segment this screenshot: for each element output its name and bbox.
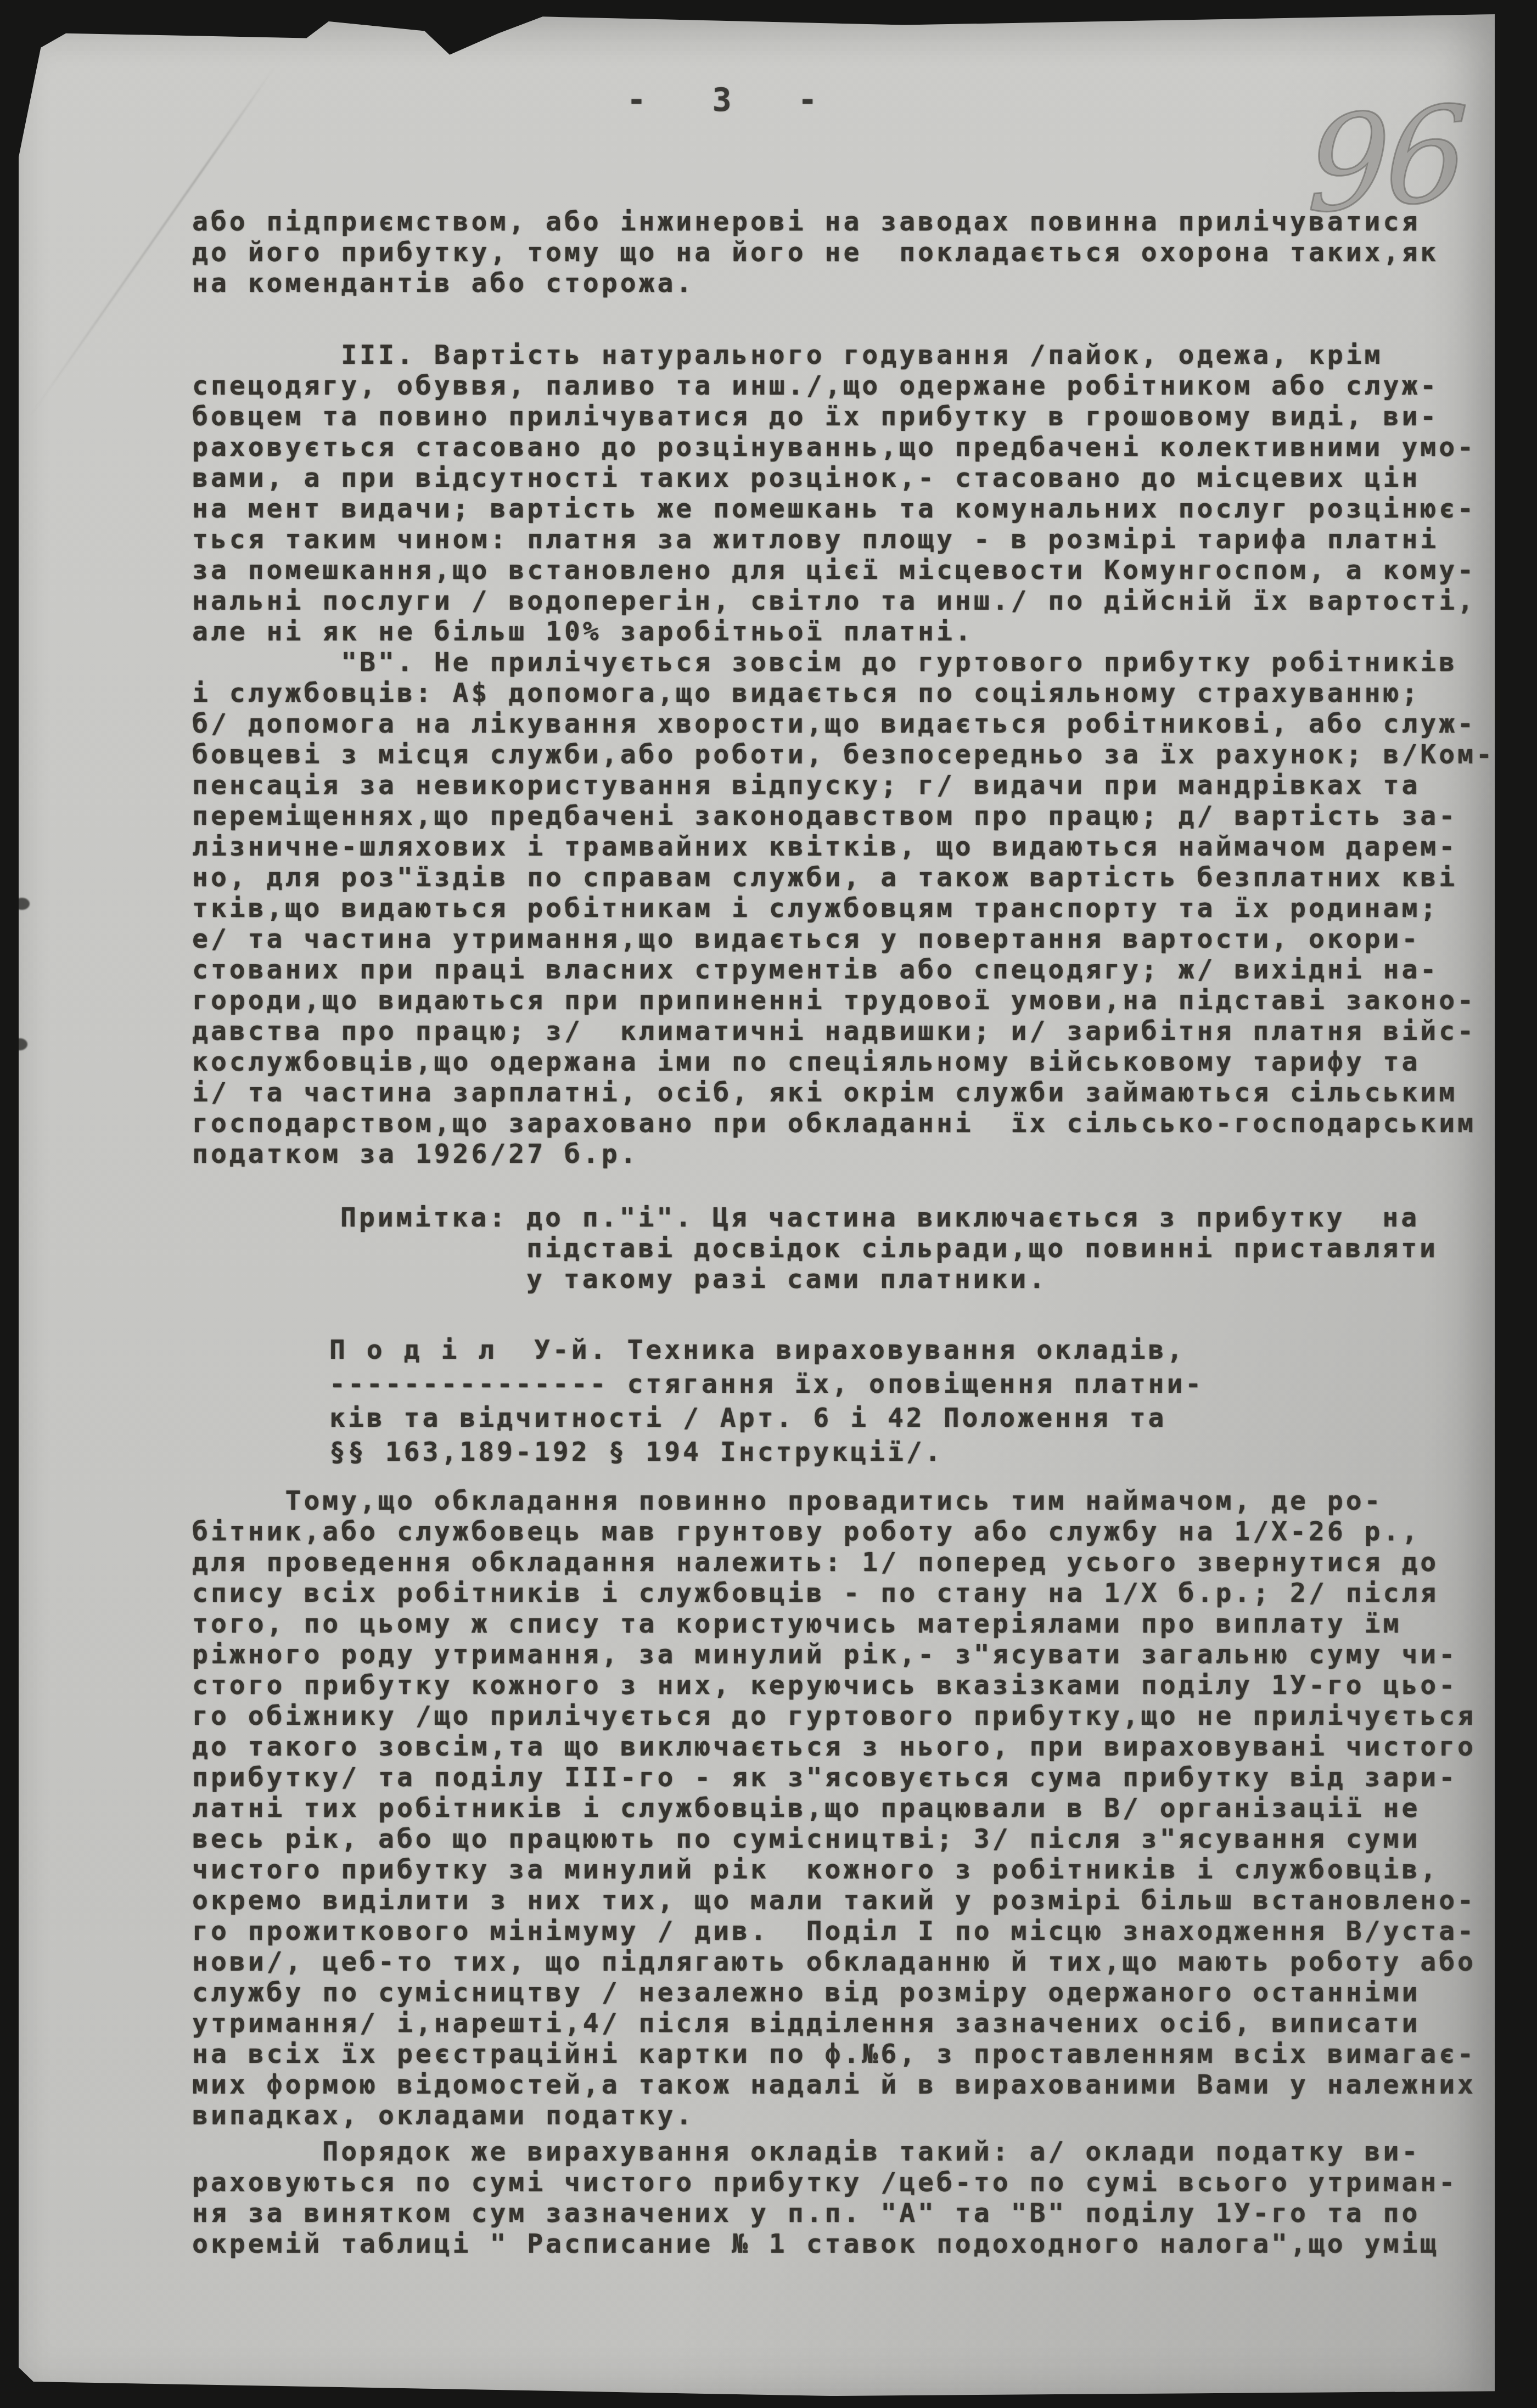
typewritten-text-column: або підприємством, або інжинерові на зав…	[192, 206, 1521, 2259]
scanned-document-photo: - 3 - 96 або підприємством, або інжинеро…	[0, 0, 1537, 2408]
paragraph-order: Порядок же вирахування окладів такий: а/…	[192, 2136, 1521, 2259]
paragraph-procedure: Тому,що обкладання повинно провадитись т…	[192, 1486, 1521, 2131]
paragraph-intro: або підприємством, або інжинерові на зав…	[192, 206, 1521, 299]
paper-edge-stain	[14, 898, 30, 910]
paragraph-exclusions-v: "В". Не прилічується зовсім до гуртового…	[192, 647, 1521, 1169]
paper-sheet: - 3 - 96 або підприємством, або інжинеро…	[19, 14, 1495, 2396]
note-primitka: Примітка: до п."і". Ця частина виключаєт…	[340, 1202, 1521, 1295]
section-heading-podil-v: П о д і л У-й. Техника вираховування окл…	[329, 1333, 1521, 1469]
paper-edge-stain	[12, 1038, 27, 1050]
paragraph-section-iii: III. Вартість натурального годування /па…	[192, 340, 1521, 647]
page-number: - 3 -	[627, 81, 834, 119]
